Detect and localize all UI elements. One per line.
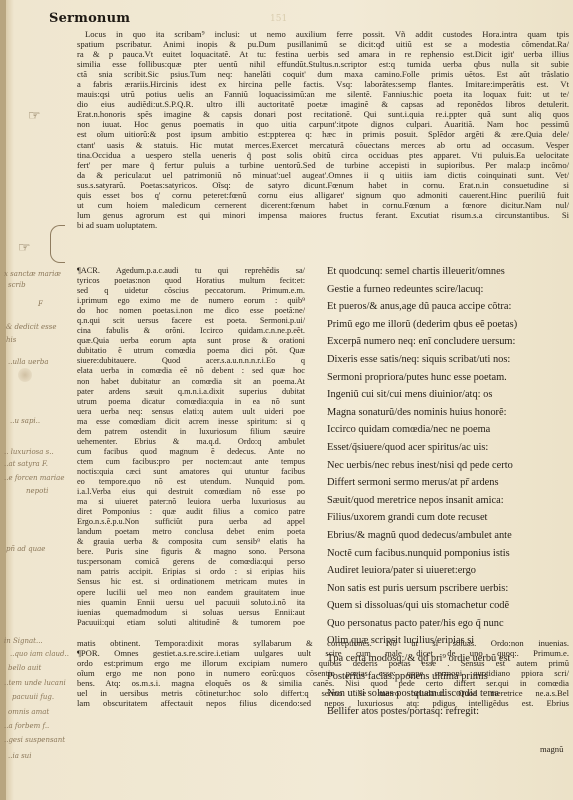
marginal-note: pñ ad quae bbox=[6, 545, 45, 553]
commentary-top: Locus in quo ita scribam⁹ inclusi: ut ne… bbox=[77, 29, 569, 230]
text-line: cina fabulis & orõni. Iccirco quidam.c.n… bbox=[77, 326, 305, 336]
marginal-note: in Signat... bbox=[4, 637, 43, 645]
manicule-icon: ☞ bbox=[28, 108, 41, 124]
verse-line: Non satis est puris uersum pscribere uer… bbox=[327, 580, 573, 598]
running-head: Sermonum bbox=[49, 11, 130, 26]
text-line: dubitatio ẽ utrum comœdia poema dici põt… bbox=[77, 346, 305, 356]
ink-stain bbox=[18, 368, 32, 382]
text-line: & grauia uerba & composita cum sensib⁹ e… bbox=[77, 537, 305, 547]
text-line: non habet dubitatur an comœdia sit an po… bbox=[77, 377, 305, 387]
verse-line: Differt sermoni sermo merus/at pr̃ arden… bbox=[327, 474, 573, 492]
text-line: do hoc nomen poetas.i.non me dico esse p… bbox=[77, 306, 305, 316]
marginal-note: scrib bbox=[8, 281, 26, 289]
text-line: Ergo.n.s.ẽ.p.u.Non sufficiũt pura uerba … bbox=[77, 517, 305, 527]
text-line: nies quamin Ennii uersu uel pacuuii solu… bbox=[77, 598, 305, 608]
text-line: lum genus agrorum est qui minori impensa… bbox=[77, 210, 569, 220]
marginal-note: pacuuii fug. bbox=[12, 693, 54, 701]
text-line: fert' per mare q̃ fertur puluis a turbin… bbox=[77, 160, 569, 170]
text-line: q.n.qui scit uersus facere est poeta. Se… bbox=[77, 316, 305, 326]
verse-line: Gestie a furneo redeuntes scire/lacuq: bbox=[327, 281, 573, 299]
text-line: quis esset bos q' cornu peteret:fœnũ cor… bbox=[77, 190, 569, 200]
verse-line: Filius/uxorem grandi cum dote recuset bbox=[327, 509, 573, 527]
text-line: landum poetam metro conclusa debet enim … bbox=[77, 527, 305, 537]
text-line: siuere:dubitauere. Quod acer.s.a.u.n.n.n… bbox=[77, 356, 305, 366]
marginal-note: x sanctæ mariæ bbox=[4, 270, 61, 278]
text-line: da & pericula:ut uel patrimoniũ nõ minua… bbox=[77, 170, 569, 180]
verse-line: Nec uerbis/nec rebus inest/nisi qd pede … bbox=[327, 457, 573, 475]
marginal-note: ..gesi suspensant bbox=[4, 736, 65, 744]
verse-line: Excerpã numero neq: enĩ concludere uersu… bbox=[327, 333, 573, 351]
text-line: similia esse follibus:quæ pter uentũ nih… bbox=[77, 59, 569, 69]
text-line: uehementer. Ebrius & ma.q.d. Ordo:q ambu… bbox=[77, 437, 305, 447]
marginal-note: ..tem unde lucani bbox=[4, 679, 66, 687]
text-line: utrum poema dicatur comœdia:quia in ea n… bbox=[77, 397, 305, 407]
verse-line: Quem si dissoluas/qui uis stomachetur co… bbox=[327, 597, 573, 615]
text-line: ra & p pauca.Vt euitet loquacitatẽ. At t… bbox=[77, 49, 569, 59]
text-line: quæ.Quia uerba eorum apta sunt prose & o… bbox=[77, 336, 305, 346]
marginal-note: omnis amat bbox=[8, 708, 49, 716]
text-line: Pacuuii:qui etiam soluti altitudinẽ & tu… bbox=[77, 618, 305, 628]
verse-line: Audiret leuiora/pater si uiueret:ergo bbox=[327, 562, 573, 580]
text-line: ctã snia scribit.Sic psius.Tum neq: hane… bbox=[77, 69, 569, 79]
commentary-bottom: matis obtinent. Tempora:dixit moras syll… bbox=[77, 638, 569, 708]
text-line: mauis:qsi utrũ potius uelis an Fanniũ lo… bbox=[77, 89, 569, 99]
verse-line: Primũ ego me illorũ (dederim qbus eẽ poe… bbox=[327, 316, 573, 334]
text-line: dem patrem ostendit in luxuriosum filium… bbox=[77, 427, 305, 437]
marginal-note: & dedicit esse bbox=[6, 323, 56, 331]
verse-line: Sermoni propriora/putes hunc esse poetam… bbox=[327, 369, 573, 387]
marginal-note: his bbox=[6, 336, 16, 344]
text-line: tus:personam comicã gerens de comœdia:qu… bbox=[77, 557, 305, 567]
text-line: i.primum ego eximo me de numero eorum : … bbox=[77, 296, 305, 306]
verse-line: Ingeniũ cui sit/cui mens diuinior/atq: o… bbox=[327, 386, 573, 404]
text-line: iuenias quemadmodum si soluas uersus Enn… bbox=[77, 608, 305, 618]
verse-line: Et pueros/& anus,age dũ pauca accipe cõt… bbox=[327, 298, 573, 316]
verse-line: Quo personatus pacto pater/his ego q̃ nu… bbox=[327, 615, 573, 633]
verse-line: Noctẽ cum facibus.nunquid pomponius isti… bbox=[327, 545, 573, 563]
marginal-note: ..at satyra F. bbox=[4, 460, 48, 468]
book-page: Sermonum 151 Locus in quo ita scribam⁹ i… bbox=[0, 0, 573, 800]
text-line: ctant' uasis & statuis. Hic mutat merces… bbox=[77, 140, 569, 150]
text-line: pater ardens sæuit q.m.n.i.a.dixit super… bbox=[77, 387, 305, 397]
text-line: matis obtinent. Tempora:dixit moras syll… bbox=[77, 638, 569, 648]
manicule-icon: ☞ bbox=[18, 240, 31, 256]
text-line: eo tempore.quo nõ est utendum. Nunquid p… bbox=[77, 477, 305, 487]
text-line: ordo est:primum ergo me illorum excipiam… bbox=[77, 658, 569, 668]
folio-bleedthrough: 151 bbox=[270, 14, 287, 24]
text-line: nam patris accipit. Eripias si ordo : si… bbox=[77, 567, 305, 577]
text-line: Locus in quo ita scribam⁹ inclusi: ut ne… bbox=[77, 29, 569, 39]
marginal-note: ..ia sui bbox=[8, 752, 31, 760]
text-line: tyricos poetas:non quod Horatius multum … bbox=[77, 276, 305, 286]
verse-line: Sæuit/quod meretrice nepos insanit amica… bbox=[327, 492, 573, 510]
text-line: oĩum ergo me non pono in numero eorũ:quo… bbox=[77, 668, 569, 678]
marginal-note: ..e forcen mariae bbox=[4, 474, 64, 482]
verse-line: Iccirco quidam comœdia/nec ne poema bbox=[327, 421, 573, 439]
text-line: opere lucilii uel meo non eandem grauita… bbox=[77, 588, 305, 598]
text-line: est oĩum uitiorũ:& post ipsum ambitio es… bbox=[77, 129, 569, 139]
margin-bracket bbox=[50, 225, 65, 263]
text-line: elata uerba in comœdia eẽ nõ debent : se… bbox=[77, 366, 305, 376]
marginal-note: F bbox=[38, 300, 43, 308]
text-line: ut cum hoiem maledicum cernerent diceren… bbox=[77, 200, 569, 210]
verse-line: Et quodcunq: semel chartis illeuerit/omn… bbox=[327, 263, 573, 281]
text-line: ma esse comœdiam dicit acrem inesse spir… bbox=[77, 417, 305, 427]
text-line: cum facibus quod magnum ẽ dedecus. Ante … bbox=[77, 447, 305, 457]
text-line: Erat.n.honoris spẽs imagine & capsis don… bbox=[77, 109, 569, 119]
text-line: dio eius audiẽdi:ut.S.P.Q.R. ultro illi … bbox=[77, 99, 569, 109]
text-line: diret Pomponius : quæ audit filius a com… bbox=[77, 507, 305, 517]
marginal-note: ..a forbem f.. bbox=[4, 722, 49, 730]
text-line: bere. Puris sine figuris & magno sono. P… bbox=[77, 547, 305, 557]
commentary-left-column: ¶ACR. Agedum.p.a.c.audi tu qui reprehẽdi… bbox=[77, 266, 305, 628]
marginal-note: ..ulla uerba bbox=[8, 358, 49, 366]
text-line: lam obscuritatem affectauit nepos filius… bbox=[77, 698, 569, 708]
catchword: magnũ bbox=[540, 744, 563, 754]
verse-line: Magna sonaturũ/des nominis huius honorẽ: bbox=[327, 404, 573, 422]
marginal-note: .. luxuriosa s.. bbox=[4, 448, 54, 456]
text-line: bens. Atq: os.m.s.i. magna eloquẽs os & … bbox=[77, 678, 569, 688]
verse-line: Ebrius/& magnũ quod dedecus/ambulet ante bbox=[327, 527, 573, 545]
marginal-note: nepoti bbox=[26, 487, 48, 495]
text-line: i.a.l.Verba eius qui destruit comœdiam n… bbox=[77, 487, 305, 497]
text-line: sus.s.satyrarũ. Poetas:satyricos. Oĩsq: … bbox=[77, 180, 569, 190]
marginal-note: ..u sapi.. bbox=[10, 417, 40, 425]
text-line: tina.Occidua a uespero stella ueneris q̃… bbox=[77, 150, 569, 160]
text-line: a fabris ærariis.Hircinis idest ex hirci… bbox=[77, 79, 569, 89]
text-line: spatium pscribatur. Animi inopis & pu.Du… bbox=[77, 39, 569, 49]
text-line: bi ad suam uoluptatem. bbox=[77, 220, 569, 230]
text-line: ¶ACR. Agedum.p.a.c.audi tu qui reprehẽdi… bbox=[77, 266, 305, 276]
text-line: non iuuat. Hoc genus poematis in quo uit… bbox=[77, 119, 569, 129]
marginal-note: bello auit bbox=[8, 664, 41, 672]
verse-line: Esset/q̃siuere/quod acer spiritus/ac uis… bbox=[327, 439, 573, 457]
text-line: ctem cum facibus:pro per noctem:aut ante… bbox=[77, 457, 305, 467]
text-line: uera uerba neq: sensus elati:q autem uul… bbox=[77, 407, 305, 417]
marginal-note: ..quo iam claud.. bbox=[10, 650, 69, 658]
text-line: ma si uiueret pater:nõ leuiora uerba lux… bbox=[77, 497, 305, 507]
verse-line: Dixeris esse satis/neq: siquis scribat/u… bbox=[327, 351, 573, 369]
text-line: sed q uidetur cõscius peccatorum. Primum… bbox=[77, 286, 305, 296]
text-line: Sensus hic est. si ordinationem metricam… bbox=[77, 577, 305, 587]
text-line: ¶POR. Omnes gestiet.a.s.re.scire.i.etiam… bbox=[77, 648, 569, 658]
text-line: uel in uersibus metris cõtinetur:hoc sol… bbox=[77, 688, 569, 698]
text-line: noctis:quia cæci sunt amatores qui utunt… bbox=[77, 467, 305, 477]
